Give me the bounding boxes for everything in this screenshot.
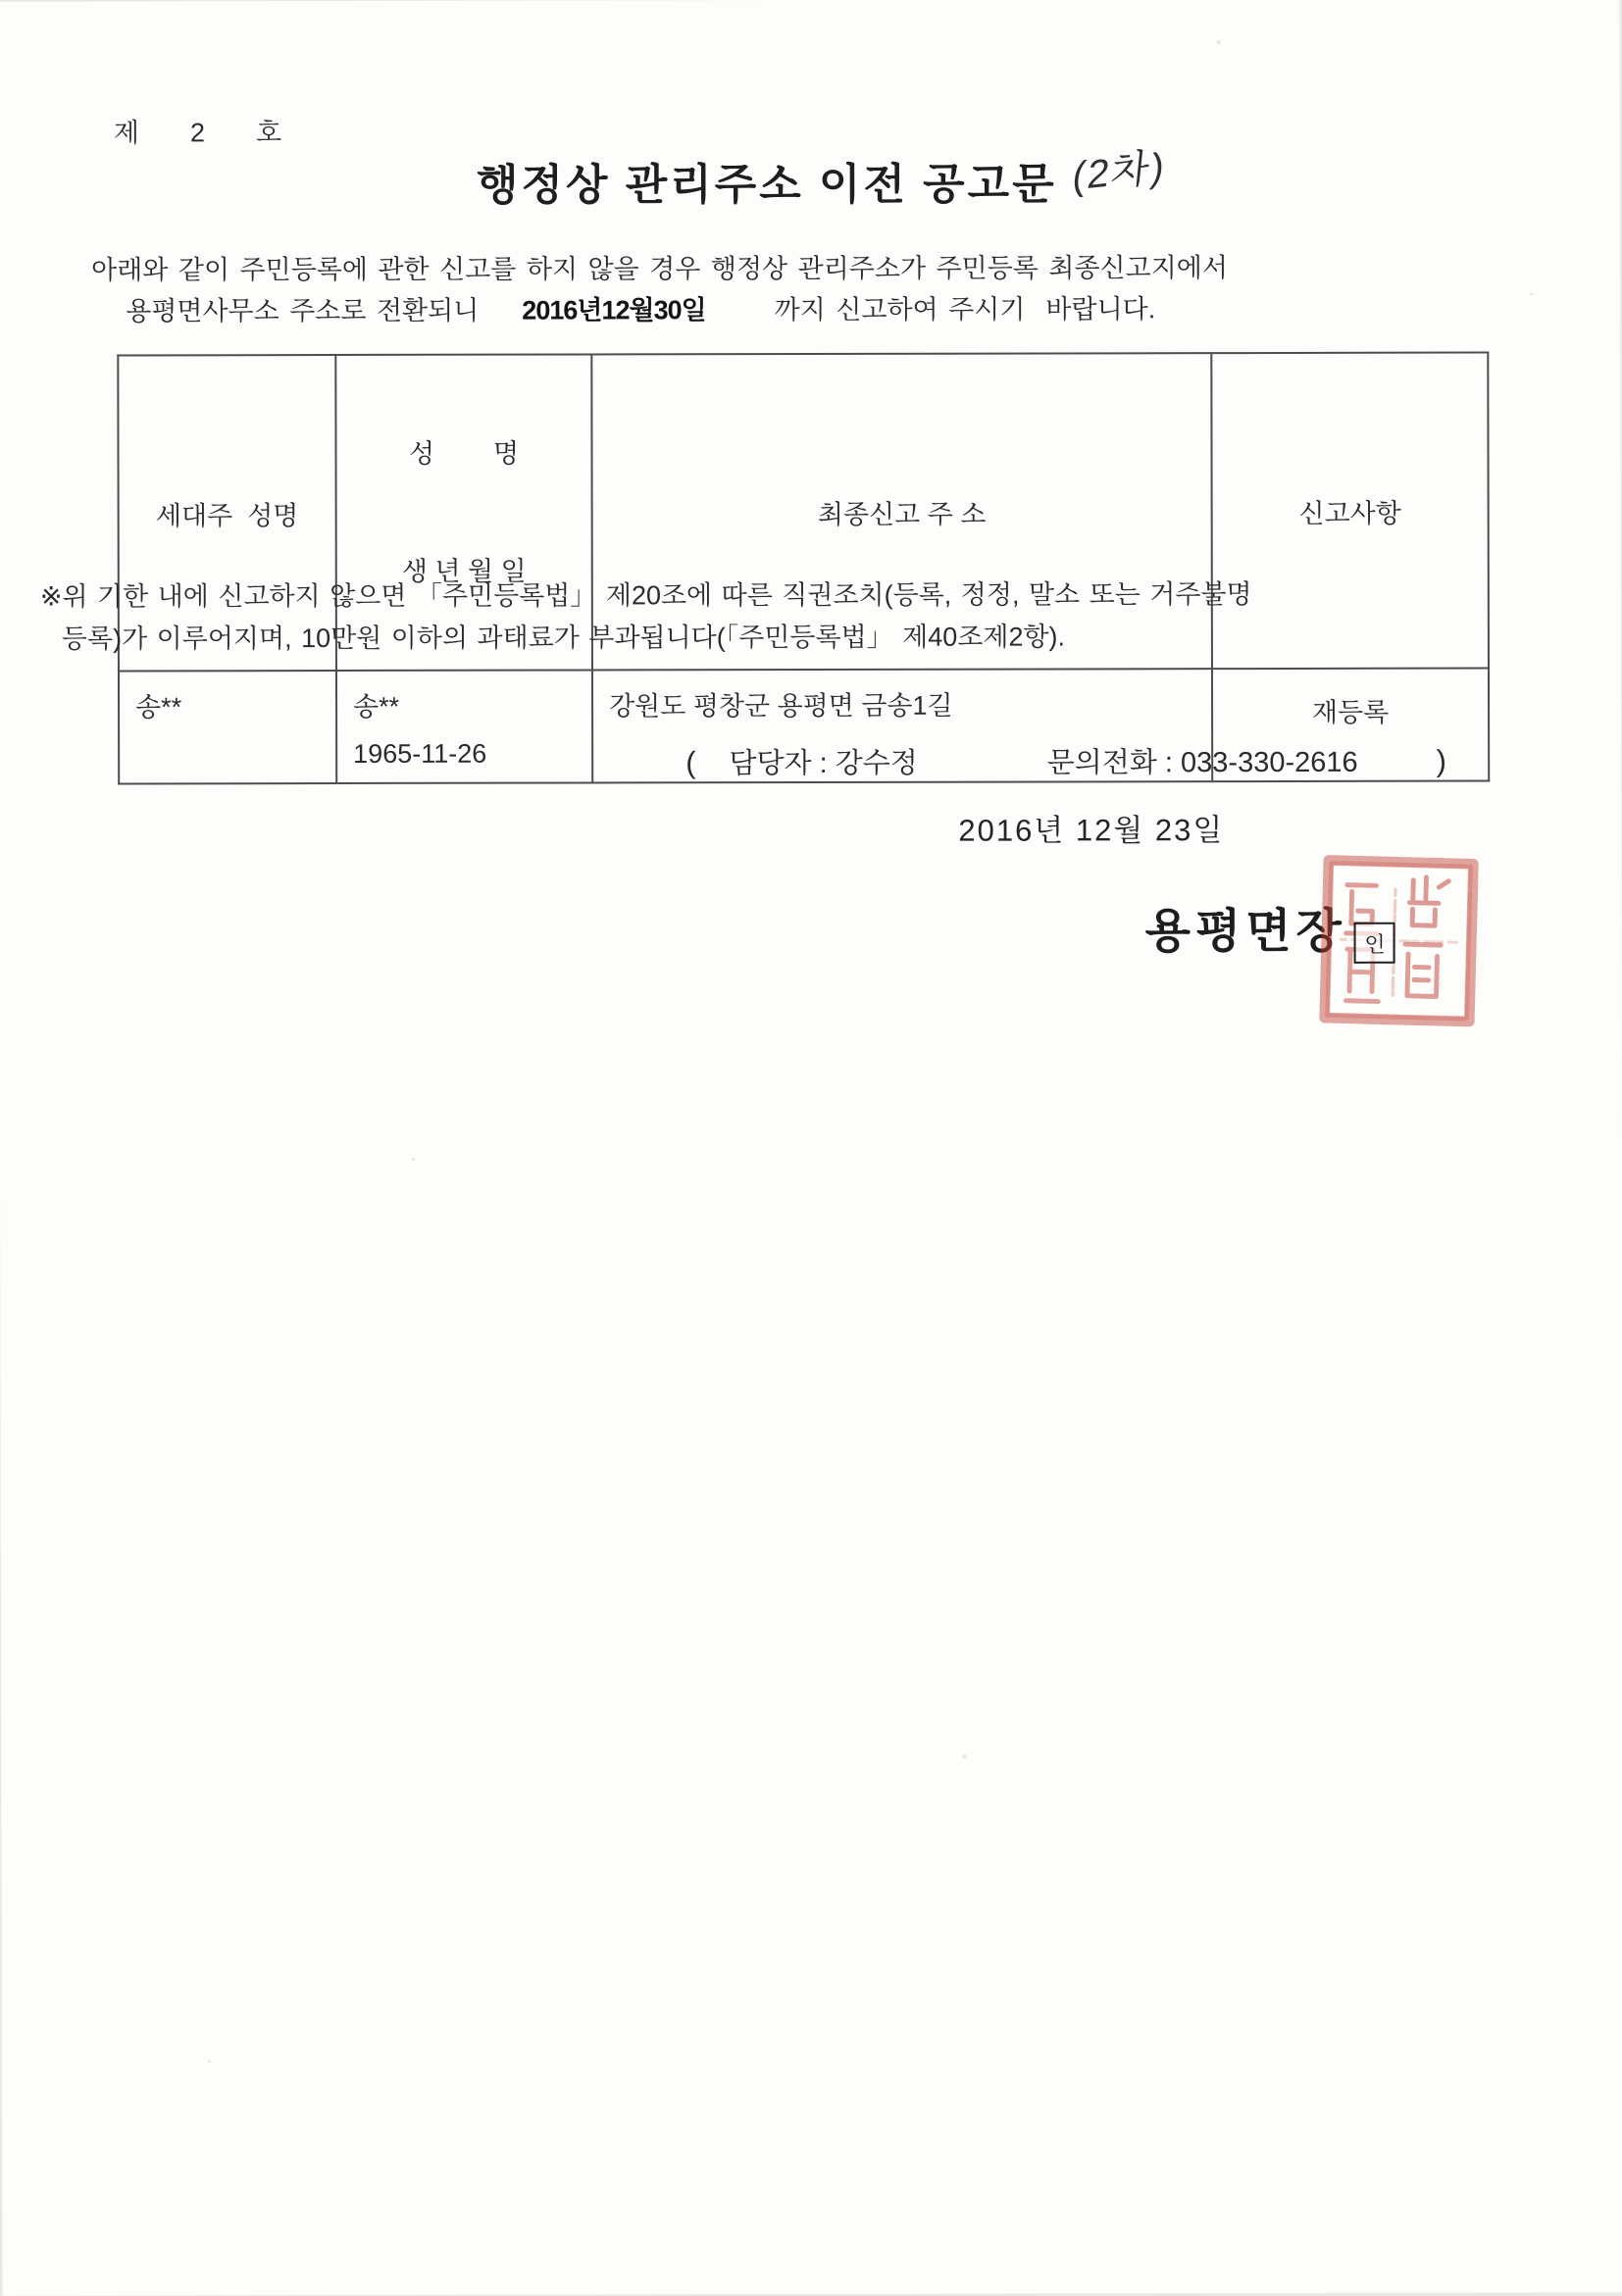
page-title: 행정상 관리주소 이전 공고문	[477, 148, 1057, 212]
header-name-line1: 성 명	[336, 433, 590, 474]
header-report-item: 신고사항	[1211, 353, 1489, 670]
cell-birthdate: 1965-11-26	[353, 729, 591, 777]
scan-speck	[412, 1158, 415, 1161]
close-paren: )	[1437, 744, 1446, 779]
cell-householder: 송**	[119, 671, 336, 783]
seal-placeholder-box: 인	[1354, 923, 1395, 964]
official-red-seal-stamp-icon	[1316, 852, 1482, 1030]
scanned-notice-page: 제 2 호 행정상 관리주소 이전 공고문 (2차) 아래와 같이 주민등록에 …	[0, 0, 1622, 2296]
intro-paragraph: 아래와 같이 주민등록에 관한 신고를 하지 않을 경우 행정상 관리주소가 주…	[91, 247, 1562, 330]
title-row: 행정상 관리주소 이전 공고문 (2차)	[477, 148, 1359, 213]
manager-name: 담당자 : 강수정	[729, 748, 917, 779]
signer-title: 용평면장	[1144, 899, 1346, 956]
document-number: 제 2 호	[114, 111, 282, 149]
scan-speck	[962, 1755, 966, 1759]
intro-line2-pre: 용평면사무소 주소로 전환되니	[126, 296, 479, 326]
scan-speck	[1217, 40, 1221, 44]
open-paren: (	[685, 745, 695, 780]
handwritten-annotation: (2차)	[1070, 135, 1169, 202]
deadline-date: 2016년12월30일	[522, 295, 705, 324]
contact-phone: 문의전화 : 033-330-2616	[1047, 747, 1358, 779]
notice-line-1: ※위 기한 내에 신고하지 않으면 「주민등록법」 제20조에 따른 직권조치(…	[40, 574, 1252, 619]
notice-line-2: 등록)가 이루어지며, 10만원 이하의 과태료가 부과됩니다(「주민등록법」 …	[40, 616, 1252, 661]
cell-name-birthdate: 송** 1965-11-26	[336, 670, 592, 783]
intro-line-2: 용평면사무소 주소로 전환되니2016년12월30일까지 신고하여 주시기 바랍…	[91, 288, 1562, 330]
resident-roster-table: 세대주 성명 성 명 생 년 월 일 최종신고 주 소 신고사항 송** 송**…	[117, 352, 1490, 785]
intro-line-1: 아래와 같이 주민등록에 관한 신고를 하지 않을 경우 행정상 관리주소가 주…	[91, 247, 1562, 289]
contact-line: (담당자 : 강수정문의전화 : 033-330-2616)	[685, 740, 1446, 782]
intro-line2-post: 까지 신고하여 주시기 바랍니다.	[775, 294, 1156, 324]
cell-name: 송**	[353, 682, 591, 730]
legal-notice: ※위 기한 내에 신고하지 않으면 「주민등록법」 제20조에 따른 직권조치(…	[40, 574, 1252, 661]
scan-speck	[208, 2060, 211, 2063]
issued-date: 2016년 12월 23일	[958, 805, 1224, 850]
